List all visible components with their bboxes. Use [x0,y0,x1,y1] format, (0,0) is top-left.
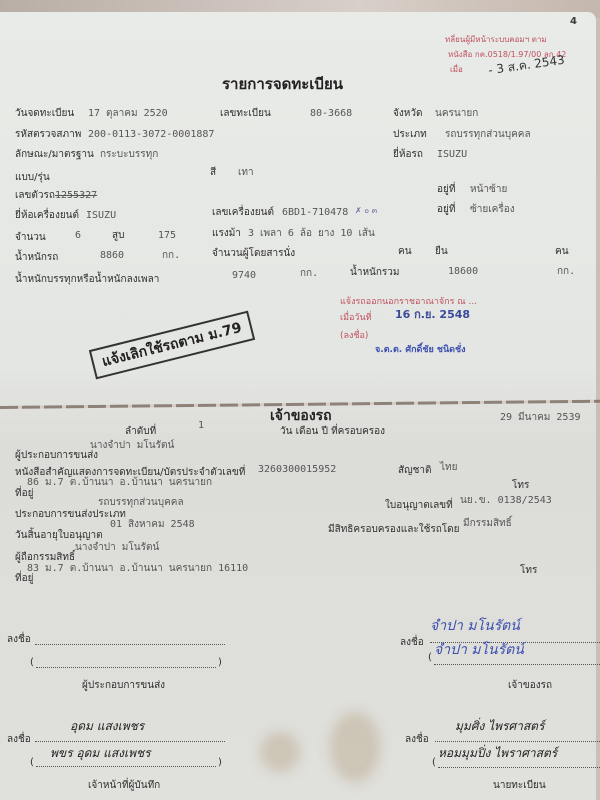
province: นครนายก [435,108,478,120]
style-label: ลักษณะ/มาตรฐาน [15,149,94,161]
plate-number: 80-3668 [310,108,352,120]
license-label: ใบอนุญาตเลขที่ [385,500,453,512]
gross-weight: 18600 [448,266,478,278]
cylinders: 6 [75,230,81,242]
standing-unit: คน [555,246,569,258]
chassis-label: เลขตัวรถ [15,190,55,202]
load-weight: 9740 [232,270,256,282]
id-number: 3260300015952 [258,464,336,476]
registration-title: รายการจดทะเบียน [222,78,343,90]
top-stamp-line1: ทลี่ยนผู้มีหน้าระบบคอมฯ ตาม [445,34,547,46]
weight-label: น้ำหนักรถ [15,252,58,264]
license-expiry-label: วันสิ้นอายุใบอนุญาต [15,530,103,542]
owner-section-title: เจ้าของรถ [270,410,332,422]
operator-address: 86 ม.7 ต.บ้านนา อ.บ้านนา นครนายก [27,477,212,489]
operator-signature-line [35,634,225,645]
engine-brand-label: ยี่ห้อเครื่องยนต์ [15,210,79,222]
plate-label: เลขทะเบียน [220,108,271,120]
vehicle-style: กระบะบรรทุก [100,149,158,161]
gross-weight-label: น้ำหนักรวม [350,267,400,279]
red-stamp-date: 16 ก.ย. 2548 [395,309,470,321]
vehicle-weight: 8860 [100,250,124,262]
nationality-label: สัญชาติ [398,465,432,477]
license-expiry: 01 สิงหาคม 2548 [110,519,195,531]
license-number: นย.ข. 0138/2543 [460,495,552,507]
possession-right-label: มีสิทธิครอบครองและใช้รถโดย [328,524,460,536]
vehicle-color: เทา [238,167,254,179]
paren-close: ) [218,657,222,669]
engine-brand: ISUZU [86,210,116,222]
holder-phone-label: โทร [520,565,537,577]
inspection-label: รหัสตรวจสภาพ [15,129,81,141]
registrar-role: นายทะเบียน [493,780,546,792]
paren-close: ) [218,757,222,769]
nationality: ไทย [440,462,457,474]
engine-cc: 175 [158,230,176,242]
operator-role: ผู้ประกอบการขนส่ง [82,680,165,692]
gross-unit: กก. [557,266,575,278]
business-type: รถบรรทุกส่วนบุคคล [98,497,184,509]
chassis-location-label: อยู่ที่ [437,184,455,196]
operator-name-line [36,657,216,668]
operator-sign-label: ลงชื่อ [7,634,31,646]
engine-number-label: เลขเครื่องยนต์ [212,207,274,219]
paren-open: ( [30,657,34,669]
owner-name-written: จำปา มโนรัตน์ [434,644,600,665]
top-stamp-date-label: เมื่อ [450,64,463,76]
reg-date-label: วันจดทะเบียน [15,108,74,120]
owner-sign-label: ลงชื่อ [400,637,424,649]
owner-signature: จำปา มโนรัตน์ [430,620,600,643]
red-stamp-sign-label: (ลงชื่อ) [340,330,368,342]
standing-label: ยืน [435,246,448,258]
recorder-sign-label: ลงชื่อ [7,734,31,746]
engine-location: ซ้ายเครื่อง [470,204,515,216]
recorder-role: เจ้าหน้าที่ผู้บันทึก [88,780,160,792]
operator-phone-label: โทร [512,480,529,492]
operator-label: ผู้ประกอบการขนส่ง [15,450,98,462]
page-number: 4 [570,16,577,28]
red-stamp-official: จ.ต.ต. ศักดิ์ชัย ชนิดชั่ง [375,344,465,356]
color-label: สี [210,167,216,179]
engine-number: 6BD1-710478 [282,207,348,219]
seats-unit: คน [398,246,412,258]
load-label: น้ำหนักบรรทุกหรือน้ำหนักลงเพลา [15,274,159,286]
type-label: ประเภท [393,129,427,141]
possession-right: มีกรรมสิทธิ์ [463,518,512,530]
stain [260,732,300,772]
engine-location-label: อยู่ที่ [437,204,455,216]
registration-page: 4 ทลี่ยนผู้มีหน้าระบบคอมฯ ตาม หนังสือ กค… [0,12,596,800]
holder-name: นางจำปา มโนรัตน์ [75,542,159,554]
reg-date: 17 ตุลาคม 2520 [88,108,168,120]
brand-label: ยี่ห้อรถ [393,149,423,161]
seats-label: จำนวนผู้โดยสารนั่ง [212,248,295,260]
red-stamp-line1: แจ้งรถออกนอกราชอาณาจักร ณ ... [340,296,477,308]
registrar-signature: มุมศิ่ง ไพรศาสตร์ [435,720,600,742]
vehicle-brand: ISUZU [437,149,467,161]
paren-open: ( [428,652,432,664]
axles-wheels: 3 เพลา 6 ล้อ ยาง 10 เส้น [248,228,375,240]
chassis-location: หน้าซ้าย [470,184,507,196]
province-label: จังหวัด [393,108,422,120]
recorder-signature: อุดม แสงเพชร [35,720,225,742]
holder-address: 83 ม.7 ต.บ้านนา อ.บ้านนา นครนายก 16110 [27,563,248,575]
owner-role: เจ้าของรถ [508,680,552,692]
registrar-sign-label: ลงชื่อ [405,734,429,746]
load-unit: กก. [300,268,318,280]
possession-date-label: วัน เดือน ปี ที่ครอบครอง [280,426,385,438]
paren-open: ( [432,757,436,769]
inspection-code: 200-0113-3072-0001887 [88,129,214,141]
cylinder-label: สูบ [112,230,124,242]
engine-number-annotation: ✗ ๐ ๓ [355,205,377,217]
sequence-number: 1 [198,420,204,432]
address-label: ที่อยู่ [15,488,33,500]
sequence-label: ลำดับที่ [125,426,156,438]
count-label: จำนวน [15,232,46,244]
paren-open: ( [30,757,34,769]
vehicle-type: รถบรรทุกส่วนบุคคล [445,129,531,141]
stain [330,712,380,782]
cancel-use-stamp: แจ้งเลิกใช้รถตาม ม.79 [89,311,255,380]
recorder-name-written: พขร อุดม แสงเพชร [36,747,216,767]
operator-name: นางจำปา มโนรัตน์ [90,440,174,452]
chassis-number: 1255327 [55,190,97,202]
model-label: แบบ/รุ่น [15,172,50,184]
weight-unit: กก. [162,250,180,262]
registrar-name-written: หอมมุมปิ่ง ไพราศาสตร์ [438,747,600,768]
possession-date: 29 มีนาคม 2539 [500,412,581,424]
red-stamp-date-label: เมื่อวันที่ [340,312,372,324]
horsepower-label: แรงม้า [212,228,241,240]
holder-address-label: ที่อยู่ [15,573,33,585]
